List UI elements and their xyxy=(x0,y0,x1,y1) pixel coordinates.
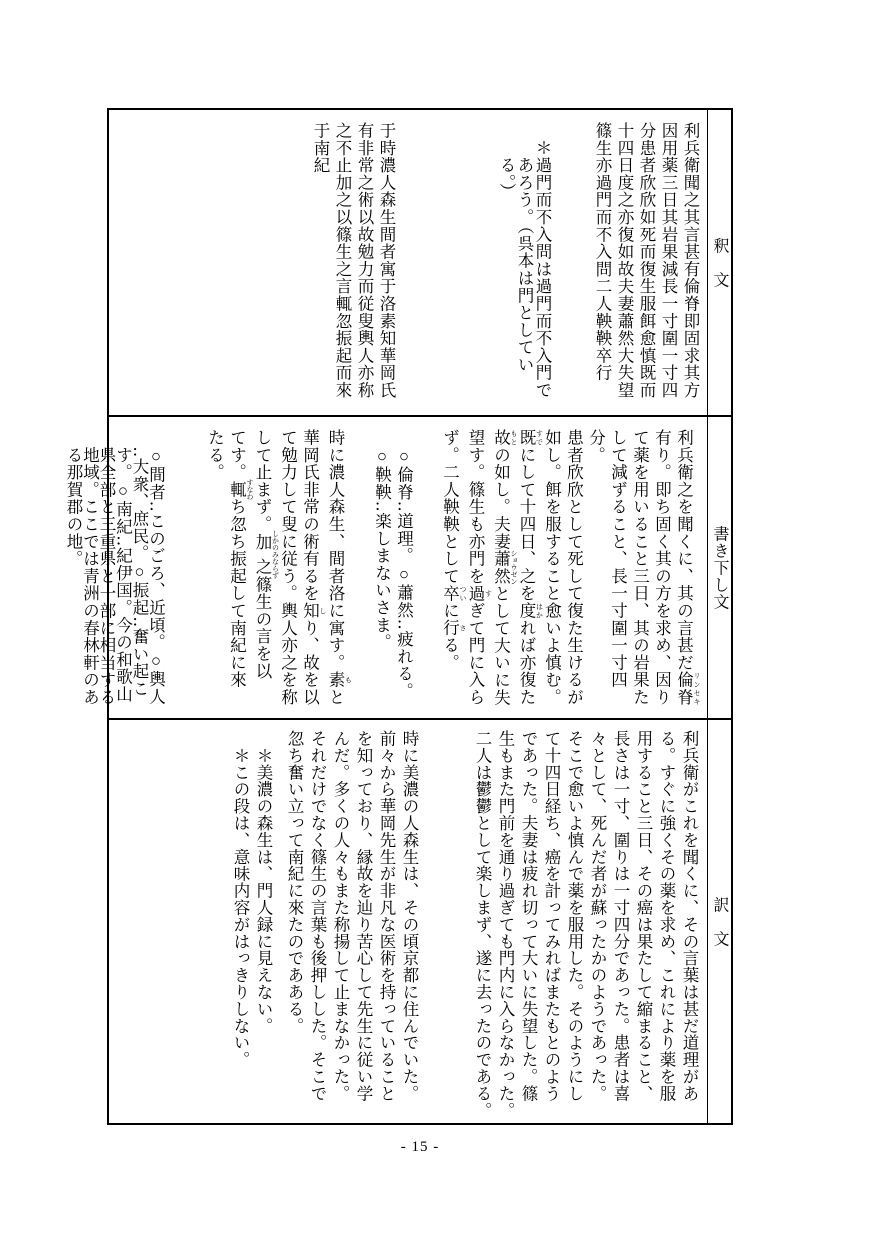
section-label-shakubun: 釈 文 xyxy=(708,237,731,288)
ruby-annotated-word: 故もと xyxy=(492,429,511,446)
ruby-annotated-word: 倫脊リンセキ xyxy=(675,671,694,706)
section-label-kakikudashi: 書き下し文 xyxy=(708,525,731,610)
kakikudashi-glossary-2: ○間者‥このごろ、近頃。○輿人 ‥大衆、庶民。○振起‥奮い起こ す。○南紀‥紀伊… xyxy=(65,429,164,716)
ruby-annotated-word: 過す xyxy=(466,585,485,602)
shakubun-label-cell: 釈 文 xyxy=(707,110,731,415)
ruby-annotated-word: 知し xyxy=(301,602,320,619)
shakubun-kanbun-paragraph-1: 利兵衛聞之其言甚有倫脊即固求其方因用薬三日其岩果減長一寸圍一寸四分患者欣欣如死而… xyxy=(591,122,701,413)
ruby-annotated-word: 卒つい xyxy=(441,585,460,602)
yakubun-paragraph-2: 時に美濃の人森生は、その頃京都に住んでいた。前々から華岡先生が非凡な医術を持って… xyxy=(283,730,421,1121)
ruby-annotated-word: 加之しかのみならず xyxy=(253,533,272,576)
shakubun-note: ＊過門而不入問は過門而不入門で あろう。（呉本は門としてい る。） xyxy=(497,122,551,413)
section-shakubun: 利兵衛聞之其言甚有倫脊即固求其方因用薬三日其岩果減長一寸圍一寸四分患者欣欣如死而… xyxy=(109,110,731,417)
kanbun-study-table: 利兵衛聞之其言甚有倫脊即固求其方因用薬三日其岩果減長一寸圍一寸四分患者欣欣如死而… xyxy=(107,108,733,1125)
kakikudashi-label-cell: 書き下し文 xyxy=(707,417,731,718)
kakikudashi-paragraph-2: 時に濃人森生、間者洛に寓す。素もと華岡氏非常の術有るを知しり、故を以て勉力して叟… xyxy=(204,429,353,716)
ruby-annotated-word: 素も xyxy=(326,671,345,688)
yakubun-content: 利兵衛がこれを聞くに、その言葉は甚だ道理がある。すぐに強くその薬を求め、これによ… xyxy=(109,720,707,1123)
scanned-page: 利兵衛聞之其言甚有倫脊即固求其方因用薬三日其岩果減長一寸圍一寸四分患者欣欣如死而… xyxy=(0,0,876,1239)
kakikudashi-glossary-1: ○倫脊‥道理。○蕭然‥疲れる。 ○鞅鞅‥楽しまないさま。 xyxy=(371,429,415,716)
yakubun-label-cell: 訳 文 xyxy=(707,720,731,1123)
page-number: - 15 - xyxy=(107,1139,733,1156)
section-kakikudashi: 利兵衛之を聞くに、其の言甚だ倫脊リンセキ有り。即ち固く其の方を求め、因りて薬を用… xyxy=(109,417,731,720)
ruby-annotated-word: 既すで xyxy=(517,429,536,446)
section-yakubun: 利兵衛がこれを聞くに、その言葉は甚だ道理がある。すぐに強くその薬を求め、これによ… xyxy=(109,720,731,1123)
ruby-annotated-word: 蕭然ショウゼン xyxy=(492,550,511,585)
yakubun-paragraph-1: 利兵衛がこれを聞くに、その言葉は甚だ道理がある。すぐに強くその薬を求め、これによ… xyxy=(471,730,701,1121)
kakikudashi-content: 利兵衛之を聞くに、其の言甚だ倫脊リンセキ有り。即ち固く其の方を求め、因りて薬を用… xyxy=(109,417,707,718)
kakikudashi-paragraph-1: 利兵衛之を聞くに、其の言甚だ倫脊リンセキ有り。即ち固く其の方を求め、因りて薬を用… xyxy=(439,429,702,716)
ruby-annotated-word: 輒すなわ xyxy=(228,481,247,498)
ruby-annotated-word: 度はか xyxy=(517,602,536,619)
yakubun-notes: ＊美濃の森生は、門人録に見えない。 ＊この段は、意味内容がはっきりしない。 xyxy=(229,730,275,1121)
shakubun-kanbun-paragraph-2: 于時濃人森生間者寓于洛素知華岡氏有非常之術以故勉力而従叟輿人亦称之不止加之以篠生… xyxy=(309,122,397,413)
shakubun-content: 利兵衛聞之其言甚有倫脊即固求其方因用薬三日其岩果減長一寸圍一寸四分患者欣欣如死而… xyxy=(109,110,707,415)
ruby-annotated-word: 行さ xyxy=(441,619,460,636)
section-label-yakubun: 訳 文 xyxy=(708,896,731,947)
